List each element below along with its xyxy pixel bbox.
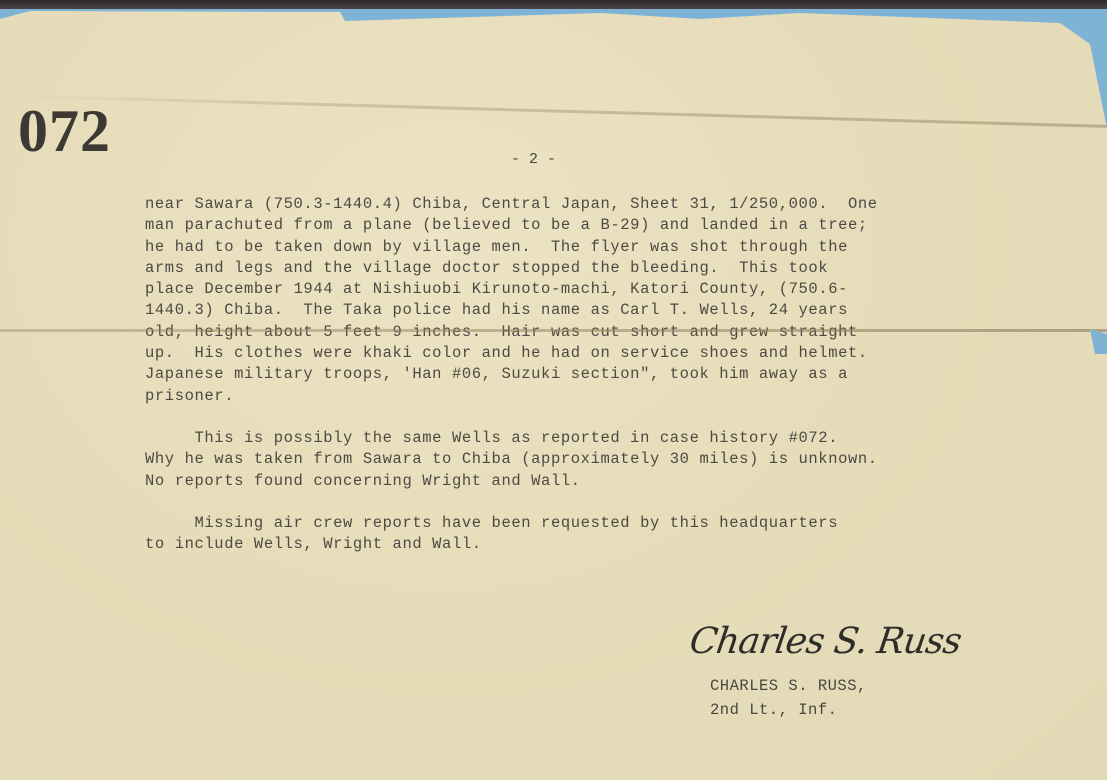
text-line: No reports found concerning Wright and W…: [145, 471, 1025, 492]
text-line: arms and legs and the village doctor sto…: [145, 258, 1025, 279]
paragraph-2: This is possibly the same Wells as repor…: [145, 428, 1025, 492]
paragraph-3: Missing air crew reports have been reque…: [145, 513, 1025, 556]
text-line: Missing air crew reports have been reque…: [145, 513, 1025, 534]
signer-rank: 2nd Lt., Inf.: [710, 698, 867, 722]
text-line: near Sawara (750.3-1440.4) Chiba, Centra…: [145, 194, 1025, 215]
text-line: old, height about 5 feet 9 inches. Hair …: [145, 322, 1025, 343]
text-line: place December 1944 at Nishiuobi Kirunot…: [145, 279, 1025, 300]
text-line: This is possibly the same Wells as repor…: [145, 428, 1025, 449]
handwritten-signature: Charles S. Russ: [687, 621, 963, 662]
paragraph-1: near Sawara (750.3-1440.4) Chiba, Centra…: [145, 194, 1025, 407]
text-line: Why he was taken from Sawara to Chiba (a…: [145, 449, 1025, 470]
paragraph-spacer: [145, 492, 1025, 513]
signer-name: CHARLES S. RUSS,: [710, 674, 867, 698]
signature-block: CHARLES S. RUSS, 2nd Lt., Inf.: [710, 674, 867, 722]
text-line: he had to be taken down by village men. …: [145, 237, 1025, 258]
text-line: Japanese military troops, 'Han #06, Suzu…: [145, 364, 1025, 385]
text-line: 1440.3) Chiba. The Taka police had his n…: [145, 300, 1025, 321]
document-page: 072 - 2 - near Sawara (750.3-1440.4) Chi…: [0, 9, 1107, 780]
text-line: to include Wells, Wright and Wall.: [145, 534, 1025, 555]
text-line: man parachuted from a plane (believed to…: [145, 215, 1025, 236]
scanner-frame-edge: [0, 0, 1107, 9]
page-number: - 2 -: [511, 151, 556, 168]
document-body: near Sawara (750.3-1440.4) Chiba, Centra…: [145, 194, 1025, 555]
paragraph-spacer: [145, 407, 1025, 428]
case-number-stamp: 072: [18, 97, 111, 166]
text-line: prisoner.: [145, 386, 1025, 407]
text-line: up. His clothes were khaki color and he …: [145, 343, 1025, 364]
